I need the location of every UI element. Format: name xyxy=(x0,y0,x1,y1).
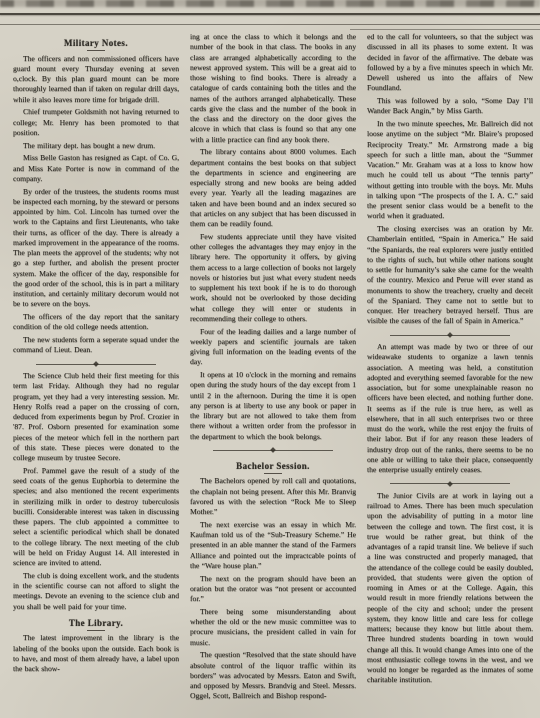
paragraph-continuation: ing at once the class to which it belong… xyxy=(190,32,356,145)
paragraph: The Junior Civils are at work in laying … xyxy=(367,491,533,686)
page-top-rule-thin xyxy=(0,24,540,25)
paragraph: The club is doing excellent work, and th… xyxy=(13,571,179,612)
page-top-rule-thick xyxy=(0,13,540,15)
column-1: Military Notes.The officers and non comm… xyxy=(13,32,179,718)
paragraph: Prof. Pammel gave the result of a study … xyxy=(13,466,179,569)
paragraph: It opens at 10 o'clock in the morning an… xyxy=(190,370,356,442)
section-divider xyxy=(390,331,510,340)
paragraph: The question “Resolved that the state sh… xyxy=(190,650,356,701)
paragraph: There being some misunderstanding about … xyxy=(190,607,356,648)
paragraph: The latest improvement in the library is… xyxy=(13,633,179,674)
paragraph: Miss Belle Gaston has resigned as Capt. … xyxy=(13,153,179,184)
paragraph: The Science Club held their first meetin… xyxy=(13,371,179,463)
article-heading: The Library. xyxy=(13,618,179,631)
paragraph: Few students appreciate until they have … xyxy=(190,232,356,324)
paragraph-continuation: ed to the call for volunteers, so that t… xyxy=(367,32,533,94)
paragraph: The Bachelors opened by roll call and qu… xyxy=(190,476,356,517)
column-2: ing at once the class to which it belong… xyxy=(190,32,356,718)
paragraph: The military dept. has bought a new drum… xyxy=(13,141,179,151)
paragraph: The officers of the day report that the … xyxy=(13,312,179,333)
paragraph: The officers and non commissioned office… xyxy=(13,54,179,105)
section-divider xyxy=(390,479,510,488)
paragraph: An attempt was made by two or three of o… xyxy=(367,342,533,475)
section-divider xyxy=(36,360,156,369)
paragraph: This was followed by a solo, “Some Day I… xyxy=(367,96,533,117)
newspaper-page: Military Notes.The officers and non comm… xyxy=(0,0,540,718)
paragraph: The new students form a seperate squad u… xyxy=(13,335,179,356)
article-heading: Bachelor Session. xyxy=(190,461,356,474)
paragraph: The library contains about 8000 volumes.… xyxy=(190,147,356,229)
section-divider xyxy=(213,446,333,455)
paragraph: Chief trumpeter Goldsmith not having ret… xyxy=(13,107,179,138)
paragraph: The closing exercises was an oration by … xyxy=(367,224,533,327)
torn-paper-edge xyxy=(0,0,540,7)
paragraph: Four of the leading dailies and a large … xyxy=(190,327,356,368)
paragraph: The next on the program should have been… xyxy=(190,574,356,605)
column-layout: Military Notes.The officers and non comm… xyxy=(0,30,540,718)
paragraph: The next exercise was an essay in which … xyxy=(190,520,356,571)
article-heading: Military Notes. xyxy=(13,38,179,51)
paragraph: In the two minute speeches, Mr. Ballreic… xyxy=(367,119,533,222)
paragraph: By order of the trustees, the students r… xyxy=(13,187,179,310)
column-3: ed to the call for volunteers, so that t… xyxy=(367,32,533,718)
